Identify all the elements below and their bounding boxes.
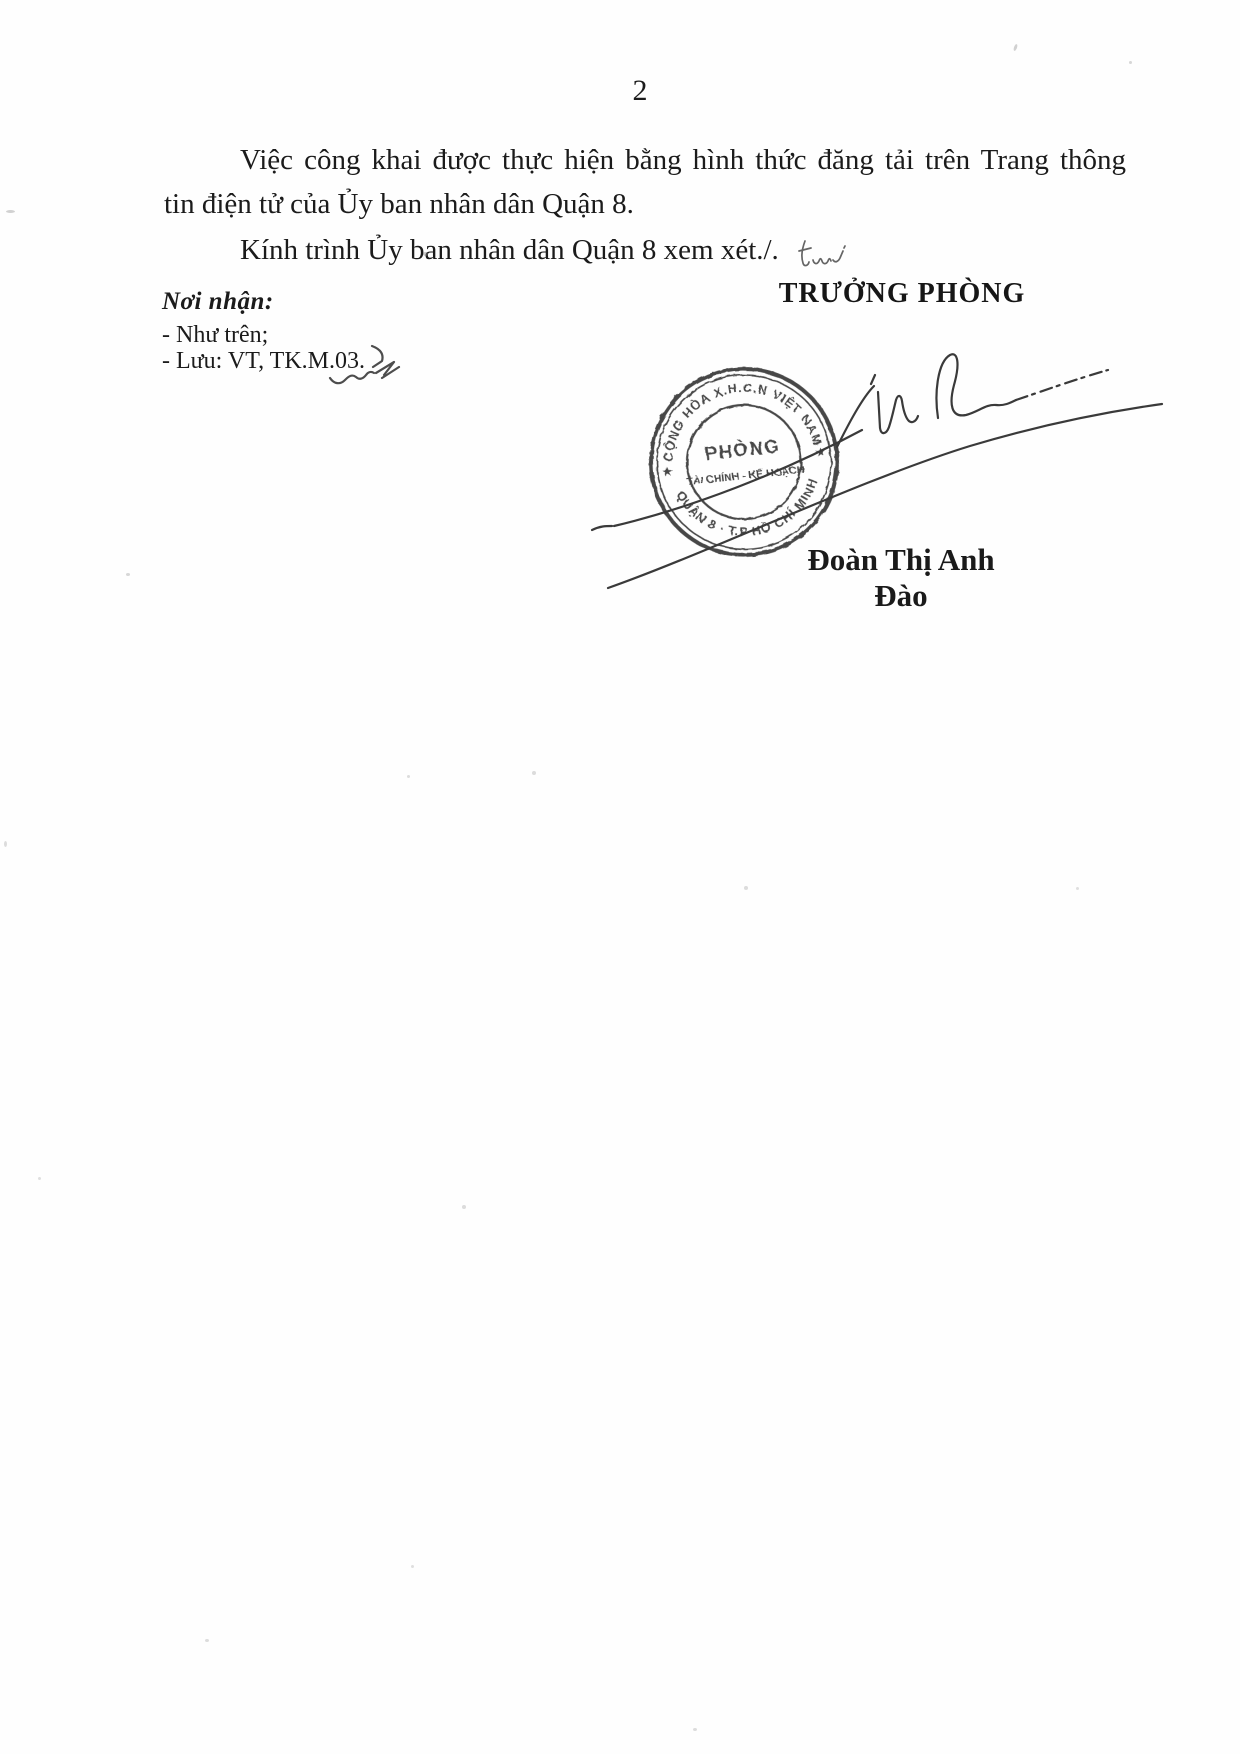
handwritten-flourish [322,340,406,392]
body-paragraph-line-1: Việc công khai được thực hiện bằng hình … [164,138,1126,182]
signer-name: Đoàn Thị Anh Đào [780,542,1022,614]
signer-title: TRƯỞNG PHÒNG [778,278,1026,310]
page-number: 2 [540,74,740,108]
document-page: 2 Việc công khai được thực hiện bằng hìn… [0,0,1240,1754]
recipients-heading: Nơi nhận: [162,288,365,316]
body-paragraph-line-2: tin điện tử của Ủy ban nhân dân Quận 8. [164,182,1126,226]
handwritten-initials [796,236,850,272]
body-paragraph-2: Kính trình Ủy ban nhân dân Quận 8 xem xé… [240,228,779,272]
